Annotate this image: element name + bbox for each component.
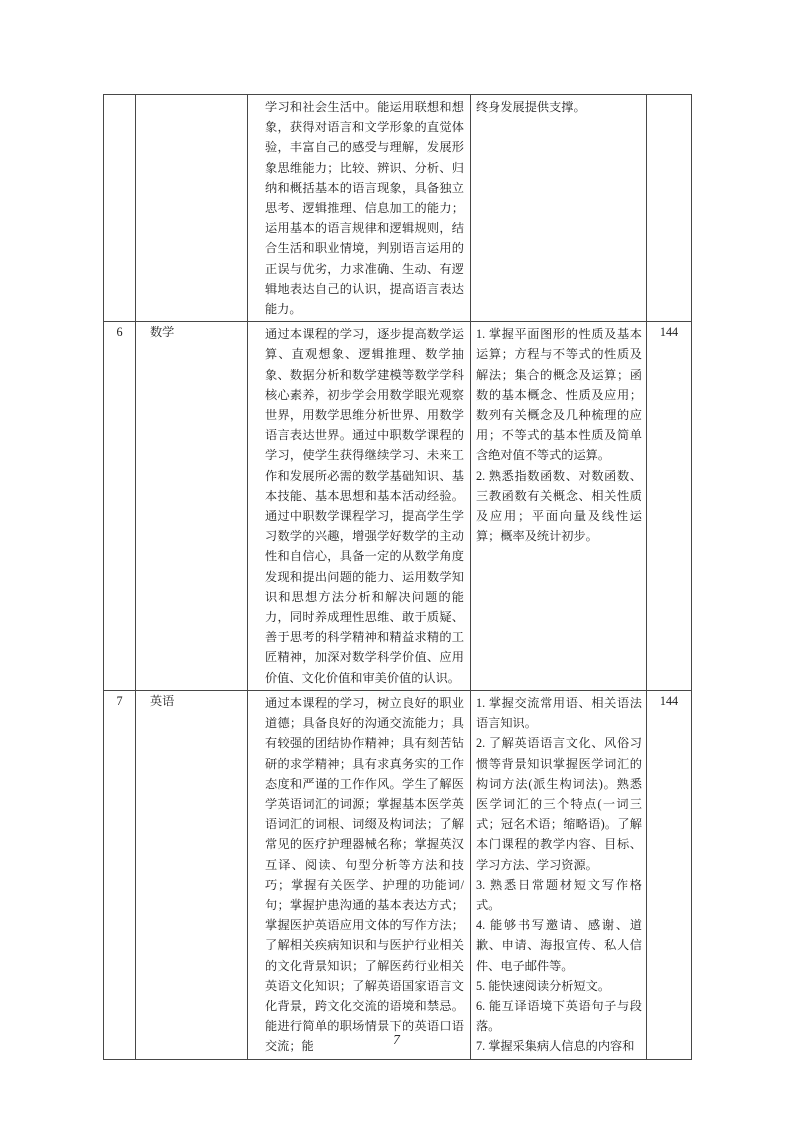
row-number-cell: 6 [104,322,136,691]
subject-cell: 数学 [136,322,248,691]
table-row-english: 7 英语 通过本课程的学习，树立良好的职业道德；具备良好的沟通交流能力；具有较强… [104,690,692,1059]
course-goal-cell: 通过本课程的学习，逐步提高数学运算、直观想象、逻辑推理、数学抽象、数据分析和数学… [248,322,471,691]
hours-cell [647,95,692,322]
row-number-cell [104,95,136,322]
hours-cell: 144 [647,322,692,691]
table-row-math: 6 数学 通过本课程的学习，逐步提高数学运算、直观想象、逻辑推理、数学抽象、数据… [104,322,692,691]
requirements-cell: 1. 掌握平面图形的性质及基本运算；方程与不等式的性质及解法；集合的概念及运算；… [471,322,647,691]
row-number-cell: 7 [104,690,136,1059]
subject-cell: 英语 [136,690,248,1059]
course-plan-table: 学习和社会生活中。能运用联想和想象，获得对语言和文学形象的直觉体验，丰富自己的感… [103,94,692,1060]
page-number: 7 [0,1032,793,1048]
hours-cell: 144 [647,690,692,1059]
requirements-cell: 1. 掌握交流常用语、相关语法语言知识。 2. 了解英语语言文化、风俗习惯等背景… [471,690,647,1059]
subject-cell [136,95,248,322]
document-page: 学习和社会生活中。能运用联想和想象，获得对语言和文学形象的直觉体验，丰富自己的感… [0,0,793,1122]
course-goal-cell: 学习和社会生活中。能运用联想和想象，获得对语言和文学形象的直觉体验，丰富自己的感… [248,95,471,322]
table-row-continuation: 学习和社会生活中。能运用联想和想象，获得对语言和文学形象的直觉体验，丰富自己的感… [104,95,692,322]
requirements-cell: 终身发展提供支撑。 [471,95,647,322]
course-goal-cell: 通过本课程的学习，树立良好的职业道德；具备良好的沟通交流能力；具有较强的团结协作… [248,690,471,1059]
